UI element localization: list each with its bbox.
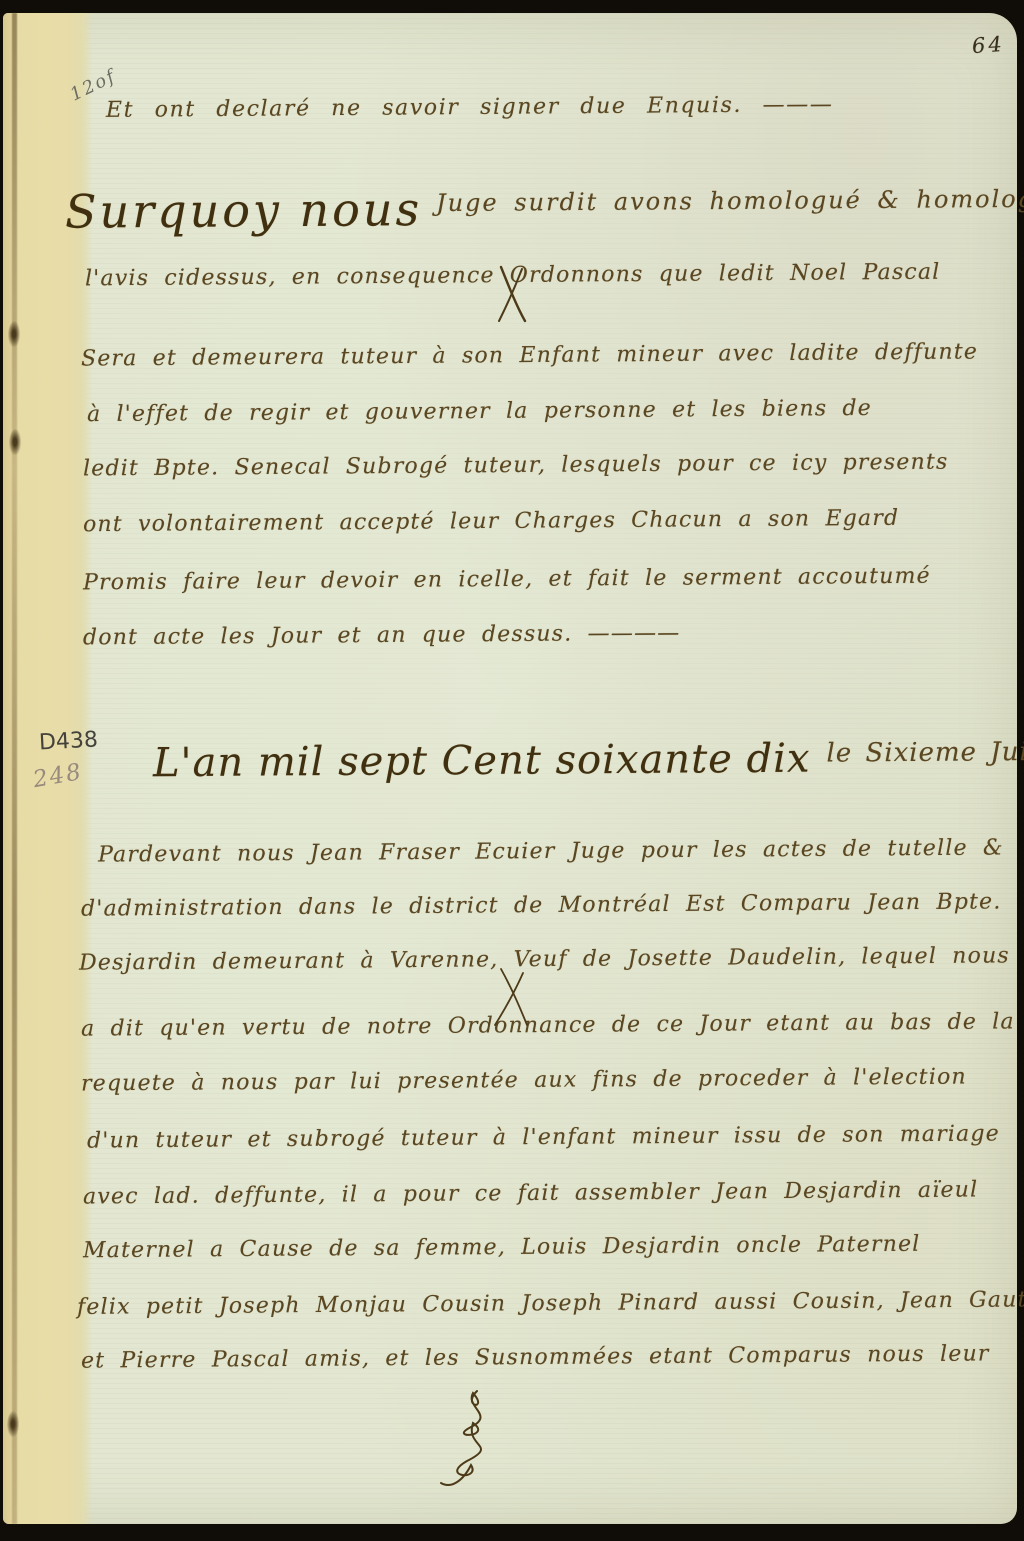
manuscript-line: Sera et demeurera tuteur à son Enfant mi… [81,339,978,371]
manuscript-line: Desjardin demeurant à Varenne, Veuf de J… [79,943,1010,975]
manuscript-line: ledit Bpte. Senecal Subrogé tuteur, lesq… [83,450,949,482]
act1-heading-rest: Juge surdit avons homologué & homologuon… [436,184,1024,217]
stitch-mark [9,429,21,455]
manuscript-line: dont acte les Jour et an que dessus. ———… [83,621,681,651]
stitch-mark [8,321,20,347]
act2-heading: L'an mil sept Cent soixante dixle Sixiem… [153,734,1024,786]
manuscript-page: 64 12of D438 248 Et ont declaré ne savoi… [3,13,1017,1524]
manuscript-line: avec lad. deffunte, il a pour ce fait as… [83,1177,978,1209]
act1-heading: Surquoy nousJuge surdit avons homologué … [65,177,1024,238]
manuscript-line: et Pierre Pascal amis, et les Susnommées… [81,1341,990,1373]
manuscript-line: Pardevant nous Jean Fraser Ecuier Juge p… [98,835,1004,867]
act1-heading-large: Surquoy nous [65,182,422,238]
manuscript-line: d'un tuteur et subrogé tuteur à l'enfant… [87,1121,1000,1153]
stitch-mark [7,1411,19,1437]
act2-heading-rest: le Sixieme Juillet [826,737,1024,769]
binding-crease [12,13,17,1524]
manuscript-line: d'administration dans le district de Mon… [81,889,1002,921]
manuscript-line: Et ont declaré ne savoir signer due Enqu… [106,92,834,123]
insertion-cross-icon [495,263,529,325]
manuscript-line: felix petit Joseph Monjau Cousin Joseph … [77,1287,1024,1320]
manuscript-line: requete à nous par lui presentée aux fin… [81,1065,967,1097]
manuscript-line: ont volontairement accepté leur Charges … [83,506,899,537]
photo-backdrop: 64 12of D438 248 Et ont declaré ne savoi… [0,0,1024,1541]
manuscript-line: Promis faire leur devoir en icelle, et f… [83,564,931,596]
veuf-flourish-icon [491,965,531,1031]
manuscript-line: Maternel a Cause de sa femme, Louis Desj… [83,1232,921,1264]
manuscript-line: a dit qu'en vertu de notre Ordonnance de… [81,1009,1015,1041]
act2-heading-large: L'an mil sept Cent soixante dix [153,736,811,787]
page-number: 64 [971,32,1005,58]
margin-ref-code: D438 [38,727,98,755]
paraph-flourish-icon [411,1385,521,1495]
manuscript-line: à l'effet de regir et gouverner la perso… [87,396,872,427]
